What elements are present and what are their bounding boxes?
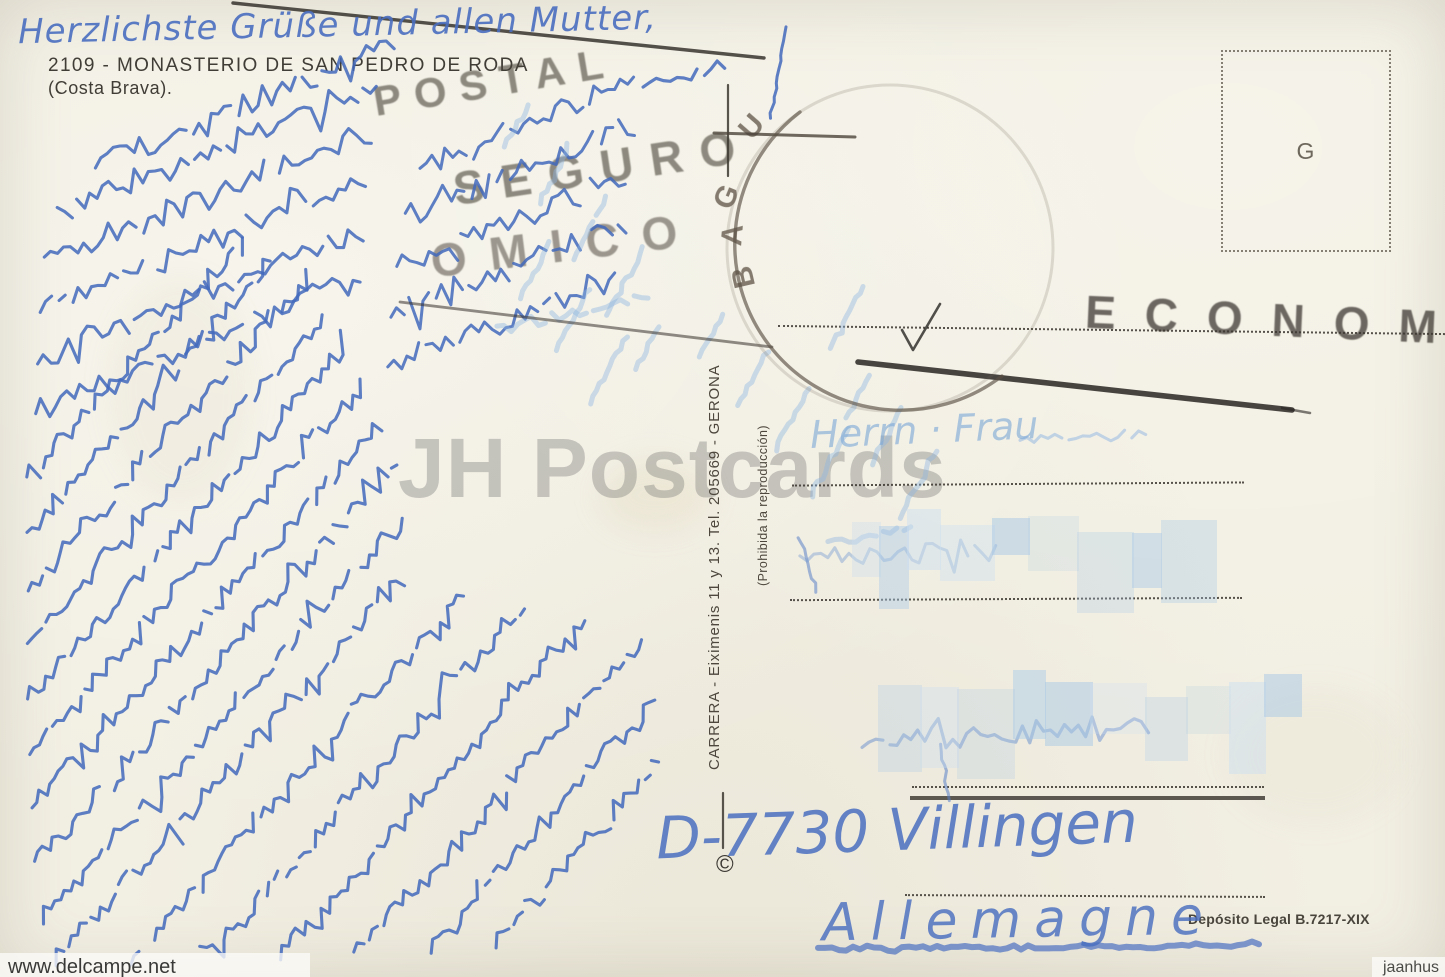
ink-stroke — [36, 279, 360, 417]
ink-stroke — [830, 287, 863, 349]
redaction-block — [940, 525, 995, 581]
ink-stroke — [56, 581, 405, 966]
redaction-block — [1077, 532, 1134, 613]
redaction-block — [1161, 520, 1217, 603]
ink-stroke — [131, 595, 464, 965]
ink-stroke — [902, 304, 940, 350]
ink-stroke — [200, 609, 525, 957]
ink-stroke — [504, 105, 528, 147]
redaction-block — [1132, 533, 1162, 588]
ink-stroke — [521, 241, 549, 298]
redaction-block — [1013, 670, 1046, 739]
ink-stroke — [431, 700, 655, 953]
redaction-block — [1045, 682, 1093, 746]
redaction-block — [878, 685, 922, 772]
watermark-bottom-left: www.delcampe.net — [8, 956, 176, 977]
redaction-block — [1090, 683, 1147, 734]
ink-stroke — [354, 640, 642, 952]
ink-stroke — [777, 389, 809, 451]
ink-stroke — [32, 424, 382, 808]
ink-stroke — [43, 518, 402, 924]
redaction-block — [1229, 682, 1266, 774]
ink-stroke — [858, 362, 1292, 410]
ink-stroke — [420, 77, 634, 169]
redaction-block — [852, 522, 881, 577]
redaction-block — [1186, 686, 1231, 734]
redaction-block — [1028, 516, 1079, 571]
ink-stroke — [643, 61, 725, 87]
ink-stroke — [30, 379, 361, 754]
postcard-back: JH Postcards 2109 - MONASTERIO DE SAN PE… — [0, 0, 1445, 977]
ink-stroke — [95, 41, 401, 168]
redaction-block — [920, 687, 959, 768]
ink-stroke — [35, 465, 397, 861]
ink-stroke — [699, 314, 722, 357]
ink-stroke — [496, 761, 658, 948]
redaction-block — [879, 526, 909, 609]
ink-stroke — [738, 352, 769, 406]
ink-stroke — [770, 27, 786, 118]
redaction-block — [907, 509, 941, 570]
ink-stroke — [27, 312, 334, 644]
watermark-bottom-right: jaanhus — [1383, 959, 1439, 977]
redaction-block — [957, 689, 1015, 779]
ink-stroke — [281, 621, 585, 960]
redaction-block — [992, 518, 1030, 555]
ink-stroke — [798, 538, 816, 593]
redaction-block — [1145, 697, 1188, 761]
ink-stroke — [28, 269, 307, 591]
ink-stroke — [44, 129, 371, 258]
ink-stroke — [591, 337, 628, 404]
handwritten-country: Allemagne — [822, 887, 1217, 954]
ink-stroke — [714, 133, 855, 137]
redaction-block — [1264, 674, 1302, 717]
